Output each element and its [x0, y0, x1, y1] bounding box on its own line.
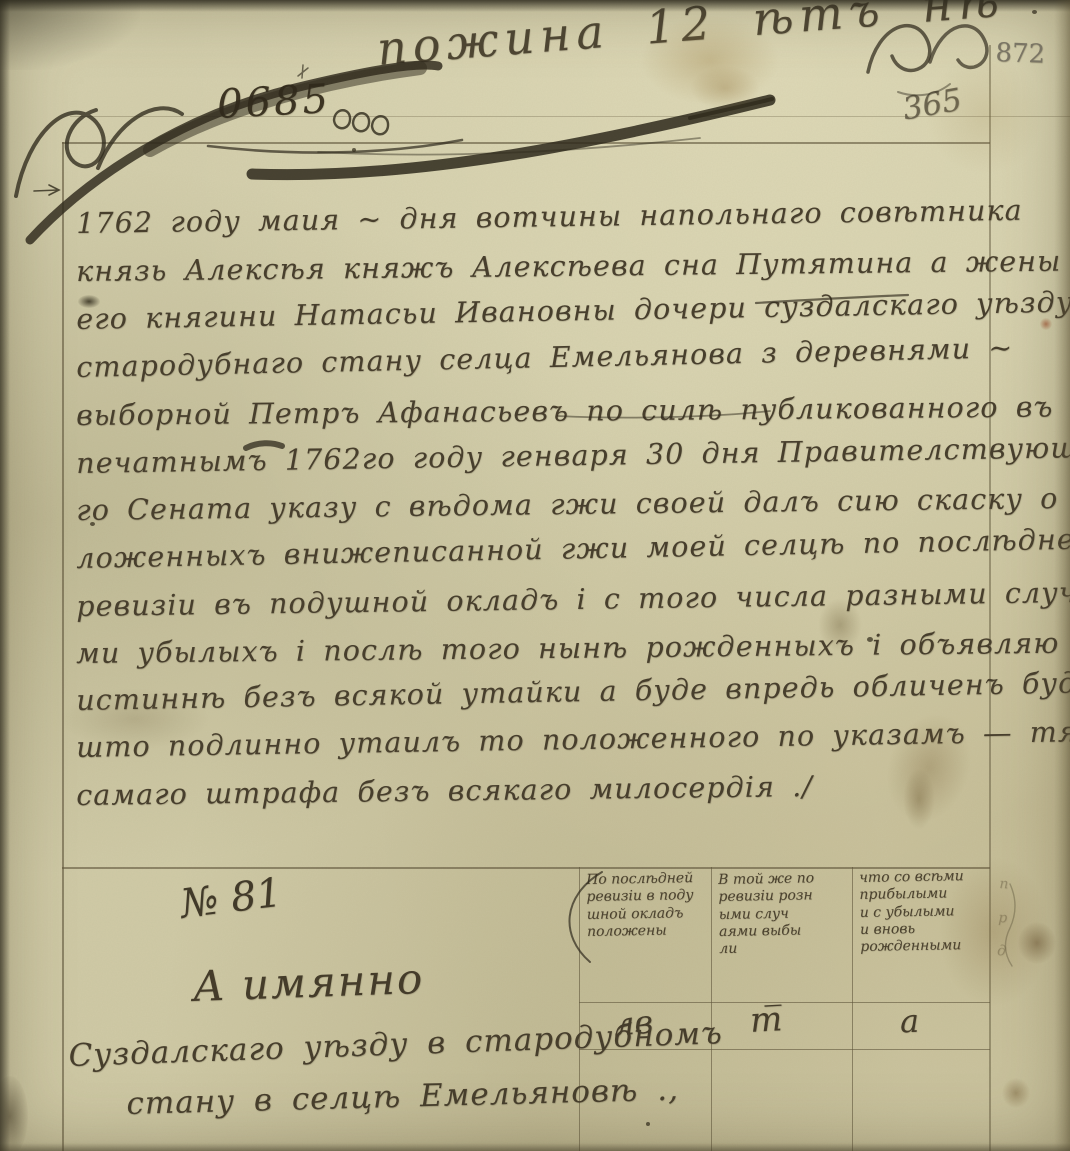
paper-grain-texture: [0, 0, 1070, 1151]
manuscript-page: пожина 12 ѣтъ нѣ 0685 872 365 1762 году …: [0, 0, 1070, 1151]
